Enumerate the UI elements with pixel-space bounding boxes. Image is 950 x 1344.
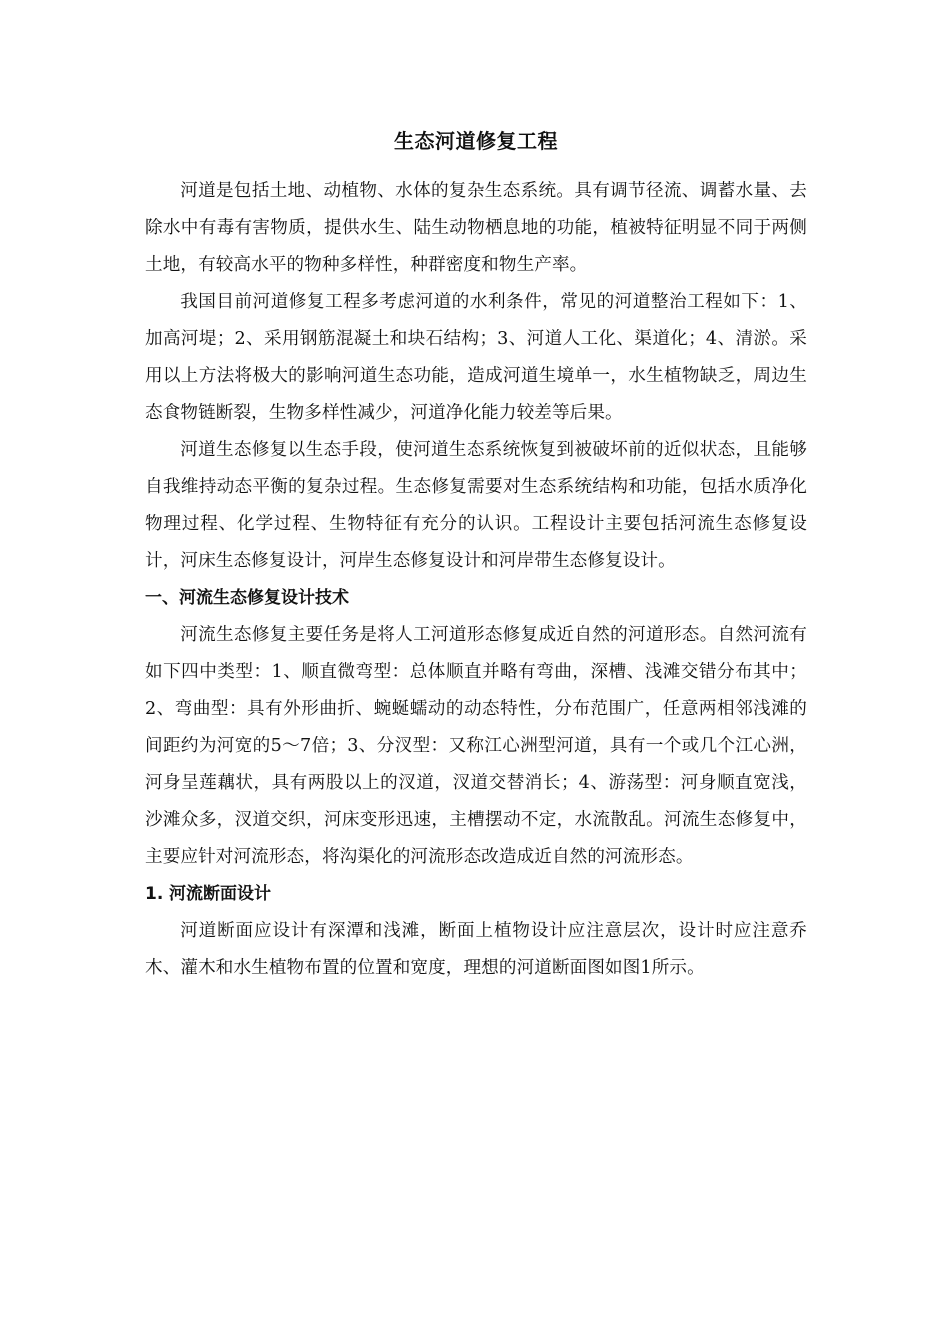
subsection-title: 河流断面设计 [169,884,271,904]
section-heading: 一、河流生态修复设计技术 [145,580,807,617]
subsection-heading: 1.河流断面设计 [145,876,807,913]
paragraph-current-practice: 我国目前河道修复工程多考虑河道的水利条件，常见的河道整治工程如下：1、加高河堤；… [145,284,807,432]
document-title: 生态河道修复工程 [145,125,807,157]
subsection-number: 1. [145,876,169,913]
paragraph-ecological-restoration: 河道生态修复以生态手段，使河道生态系统恢复到被破坏前的近似状态，且能够自我维持动… [145,432,807,580]
document-page: 生态河道修复工程 河道是包括土地、动植物、水体的复杂生态系统。具有调节径流、调蓄… [145,125,807,987]
paragraph-intro: 河道是包括土地、动植物、水体的复杂生态系统。具有调节径流、调蓄水量、去除水中有毒… [145,173,807,284]
paragraph-cross-section: 河道断面应设计有深潭和浅滩，断面上植物设计应注意层次，设计时应注意乔木、灌木和水… [145,913,807,987]
paragraph-river-types: 河流生态修复主要任务是将人工河道形态修复成近自然的河道形态。自然河流有如下四中类… [145,617,807,876]
